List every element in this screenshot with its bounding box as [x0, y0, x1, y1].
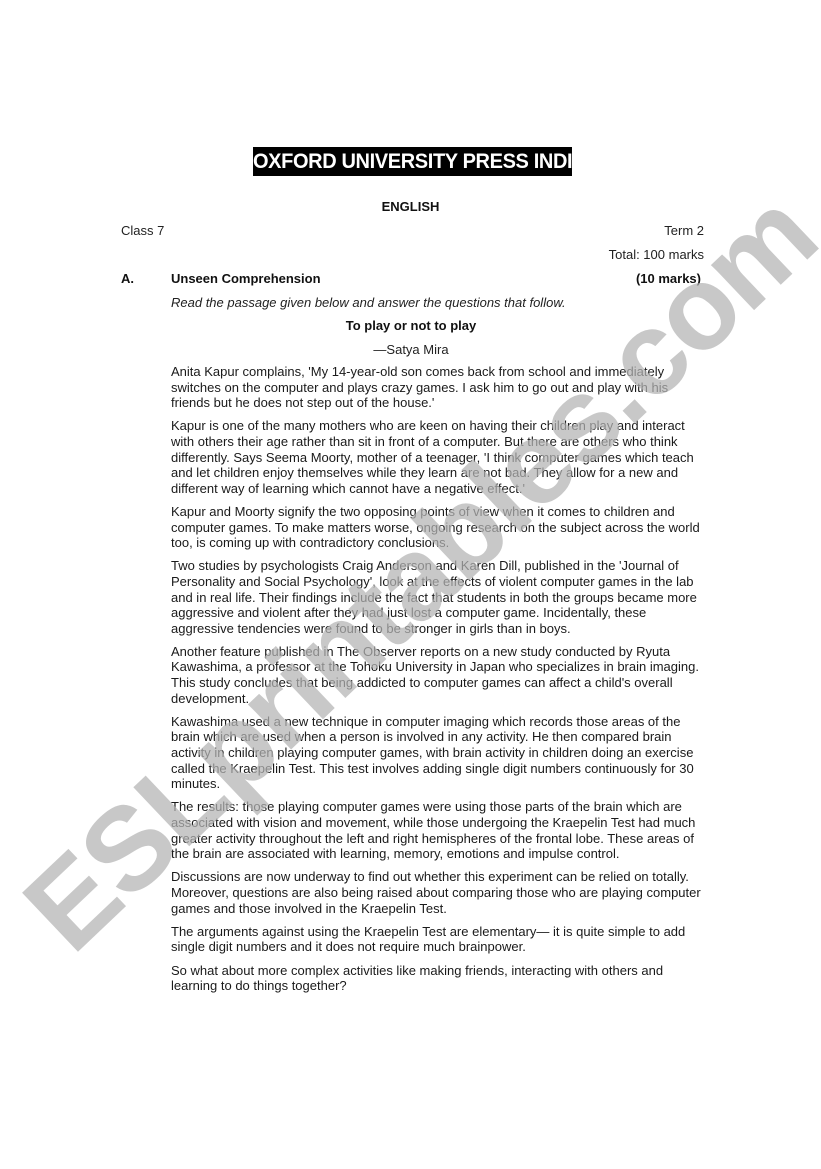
class-label: Class 7 — [121, 223, 164, 238]
passage-paragraph: Discussions are now underway to find out… — [171, 869, 706, 916]
passage-author: —Satya Mira — [171, 342, 651, 357]
passage-paragraph: Kawashima used a new technique in comput… — [171, 714, 706, 792]
term-label: Term 2 — [664, 223, 704, 238]
section-instruction: Read the passage given below and answer … — [171, 295, 566, 310]
subject-heading: ENGLISH — [0, 199, 821, 214]
passage-body: Anita Kapur complains, 'My 14-year-old s… — [171, 364, 706, 1001]
section-marks: (10 marks) — [636, 271, 701, 286]
publisher-banner: OXFORD UNIVERSITY PRESS INDIA — [253, 147, 572, 176]
section-letter: A. — [121, 271, 134, 286]
passage-paragraph: The arguments against using the Kraepeli… — [171, 924, 706, 955]
passage-title: To play or not to play — [171, 318, 651, 333]
passage-paragraph: Two studies by psychologists Craig Ander… — [171, 558, 706, 636]
total-marks-label: Total: 100 marks — [609, 247, 704, 262]
passage-paragraph: Anita Kapur complains, 'My 14-year-old s… — [171, 364, 706, 411]
passage-paragraph: The results: those playing computer game… — [171, 799, 706, 861]
worksheet-page: OXFORD UNIVERSITY PRESS INDIA ENGLISH Cl… — [0, 0, 821, 1169]
passage-paragraph: So what about more complex activities li… — [171, 963, 706, 994]
passage-paragraph: Kapur is one of the many mothers who are… — [171, 418, 706, 496]
passage-paragraph: Kapur and Moorty signify the two opposin… — [171, 504, 706, 551]
section-title: Unseen Comprehension — [171, 271, 321, 286]
passage-paragraph: Another feature published in The Observe… — [171, 644, 706, 706]
